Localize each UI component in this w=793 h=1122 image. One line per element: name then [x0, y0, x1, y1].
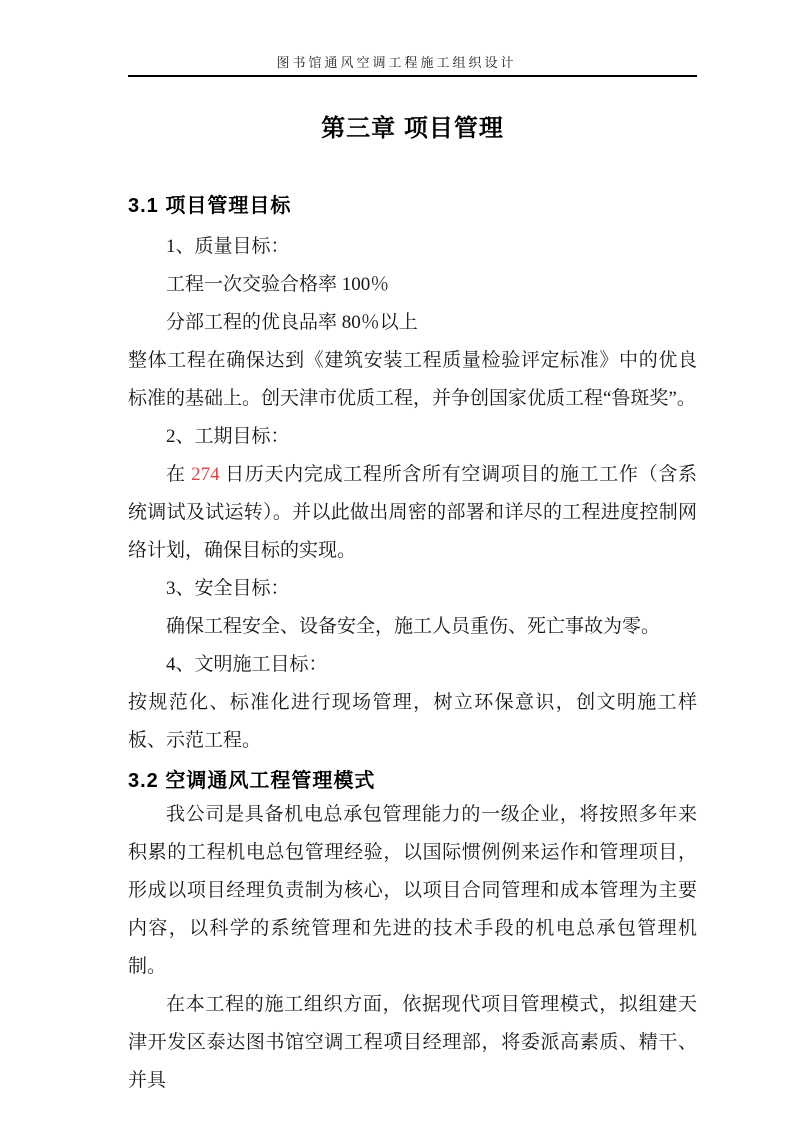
- paragraph-civilized-goal: 按规范化、标准化进行现场管理，树立环保意识，创文明施工样板、示范工程。: [128, 684, 697, 760]
- section-heading-3-2: 3.2 空调通风工程管理模式: [128, 766, 697, 796]
- paragraph-excellent-rate: 分部工程的优良品率 80％以上: [128, 304, 697, 342]
- paragraph-safety-goal: 确保工程安全、设备安全，施工人员重伤、死亡事故为零。: [128, 608, 697, 646]
- document-body: 第三章 项目管理 3.1 项目管理目标 1、质量目标： 工程一次交验合格率 10…: [128, 0, 697, 1100]
- paragraph-schedule-goal: 在 274 日历天内完成工程所含所有空调项目的施工工作（含系统调试及试运转）。并…: [128, 456, 697, 570]
- duration-days-value: 274: [191, 464, 220, 485]
- paragraph-safety-label: 3、安全目标：: [128, 570, 697, 608]
- paragraph-overall-quality: 整体工程在确保达到《建筑安装工程质量检验评定标准》中的优良标准的基础上。创天津市…: [128, 342, 697, 418]
- paragraph-quality-label: 1、质量目标：: [128, 228, 697, 266]
- section-heading-3-1: 3.1 项目管理目标: [128, 192, 697, 220]
- document-page: { "doc": { "header_title": "图书馆通风空调工程施工组…: [0, 0, 793, 1122]
- paragraph-company-capability: 我公司是具备机电总承包管理能力的一级企业，将按照多年来积累的工程机电总包管理经验…: [128, 796, 697, 986]
- paragraph-schedule-label: 2、工期目标：: [128, 418, 697, 456]
- schedule-text-pre: 在: [166, 464, 191, 485]
- paragraph-pass-rate: 工程一次交验合格率 100％: [128, 266, 697, 304]
- paragraph-civilized-label: 4、文明施工目标：: [128, 646, 697, 684]
- section-3-2-body: 我公司是具备机电总承包管理能力的一级企业，将按照多年来积累的工程机电总包管理经验…: [128, 796, 697, 1100]
- page-number: 7: [0, 1030, 793, 1046]
- section-3-1-body: 1、质量目标： 工程一次交验合格率 100％ 分部工程的优良品率 80％以上 整…: [128, 228, 697, 760]
- chapter-title: 第三章 项目管理: [128, 112, 697, 146]
